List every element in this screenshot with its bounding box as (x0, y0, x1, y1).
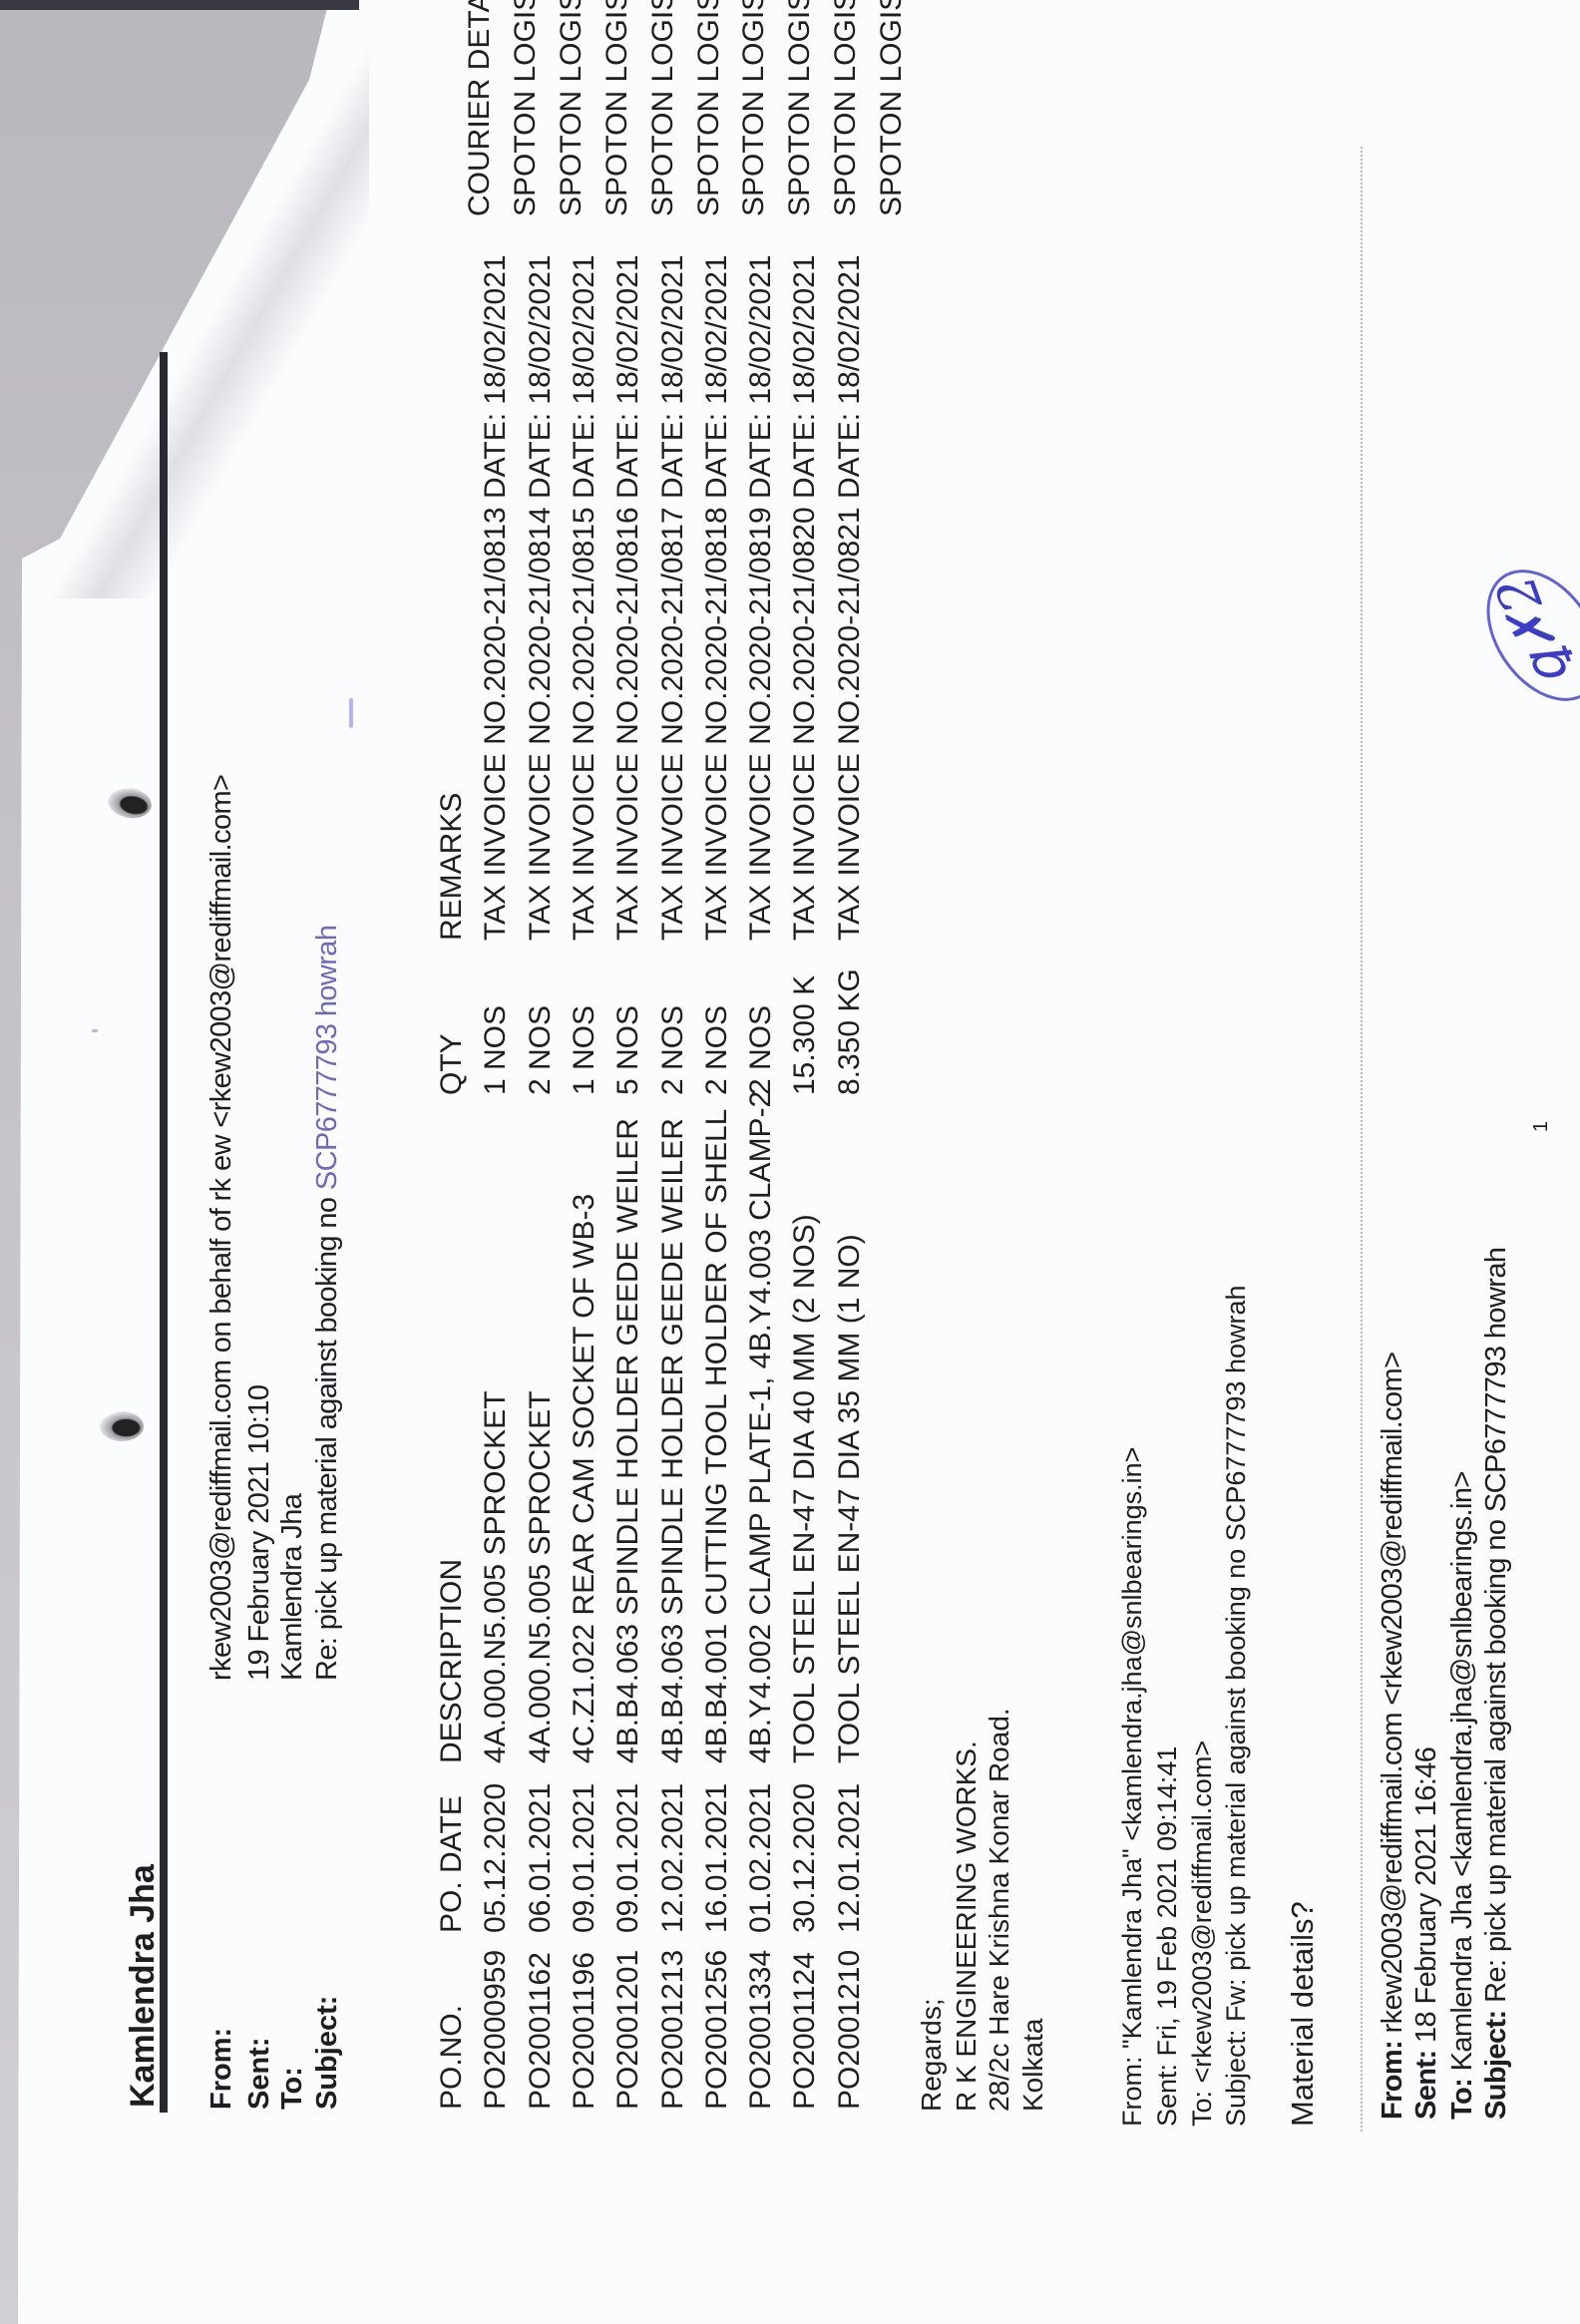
table-cell-po-date: 05.12.2020 (481, 1783, 511, 1933)
column-header-remarks: REMARKS (437, 793, 467, 941)
title-rule (160, 352, 168, 2113)
table-cell-courier: SPOTON LOGIS (602, 0, 632, 216)
prev-from: From: rkew2003@rediffmail.com <rkew2003@… (1379, 1353, 1407, 2120)
column-header-po-number: PO.NO. (437, 2005, 467, 2110)
fwd-body: Material details? (1287, 1901, 1318, 2127)
table-cell-qty: 1 NOS (570, 1005, 599, 1095)
fwd-to: To: <rkew2003@rediffmail.com> (1189, 1741, 1216, 2127)
table-cell-po-number: PO2001210 (835, 1950, 865, 2110)
table-cell-po-date: 01.02.2021 (746, 1783, 776, 1933)
sent-value: 19 February 2021 10:10 (245, 1385, 274, 1681)
fwd-from: From: "Kamlendra Jha" <kamlendra.jha@snl… (1119, 1447, 1146, 2127)
table-cell-po-date: 12.02.2021 (658, 1783, 688, 1933)
table-cell-qty: 1 NOS (481, 1005, 511, 1095)
table-cell-remarks: TAX INVOICE NO.2020-21/0814 DATE: 18/02/… (526, 254, 556, 941)
table-cell-description: 4A.000.N5.005 SPROCKET (526, 1390, 556, 1763)
table-cell-qty: 2 NOS (746, 1005, 776, 1095)
booking-number: SCP6777793 howrah (311, 926, 343, 1191)
table-cell-po-date: 06.01.2021 (526, 1783, 556, 1933)
table-cell-qty: 2 NOS (526, 1005, 556, 1095)
message-separator (1361, 147, 1363, 2131)
table-cell-remarks: TAX INVOICE NO.2020-21/0815 DATE: 18/02/… (570, 254, 599, 941)
fwd-subject: Subject: Fw: pick up material against bo… (1223, 1286, 1250, 2128)
from-value: rkew2003@rediffmail.com on behalf of rk … (207, 775, 236, 1681)
regards-line: Kolkata (1019, 2019, 1047, 2112)
table-cell-remarks: TAX INVOICE NO.2020-21/0820 DATE: 18/02/… (790, 254, 820, 941)
table-cell-po-number: PO2000959 (481, 1950, 511, 2110)
table-cell-description: 4A.000.N5.005 SPROCKET (481, 1390, 511, 1763)
page-number: 1 (1531, 1121, 1551, 1132)
table-cell-remarks: TAX INVOICE NO.2020-21/0819 DATE: 18/02/… (746, 254, 776, 941)
from-label: From: (207, 2028, 236, 2110)
column-header-courier: COURIER DETA (465, 0, 495, 216)
prev-sent: Sent: 18 February 2021 16:46 (1412, 1747, 1441, 2120)
table-cell-po-number: PO2001334 (746, 1950, 776, 2110)
subject-value: Re: pick up material against booking no … (313, 926, 342, 1681)
table-cell-qty: 2 NOS (702, 1005, 732, 1095)
table-cell-courier: SPOTON LOGIS (511, 0, 541, 216)
table-cell-po-date: 09.01.2021 (613, 1783, 643, 1933)
regards-line: 28/2c Hare Krishna Konar Road. (986, 1708, 1013, 2112)
prev-from-label: From: (1377, 2041, 1408, 2120)
table-cell-remarks: TAX INVOICE NO.2020-21/0816 DATE: 18/02/… (613, 254, 643, 941)
table-cell-remarks: TAX INVOICE NO.2020-21/0821 DATE: 18/02/… (835, 254, 865, 941)
table-cell-description: TOOL STEEL EN-47 DIA 35 MM (1 NO) (835, 1234, 865, 1763)
regards-line: R K ENGINEERING WORKS. (953, 1741, 981, 2112)
table-cell-po-date: 30.12.2020 (790, 1783, 820, 1933)
table-cell-po-number: PO2001162 (526, 1952, 556, 2110)
regards-line: Regards; (918, 1998, 946, 2112)
prev-from-value: rkew2003@rediffmail.com <rkew2003@rediff… (1377, 1353, 1408, 2041)
table-cell-po-date: 16.01.2021 (702, 1783, 732, 1933)
prev-subject: Subject: Re: pick up material against bo… (1482, 1248, 1511, 2120)
table-cell-courier: SPOTON LOGIS (694, 0, 724, 216)
table-cell-po-number: PO2001201 (613, 1950, 643, 2110)
table-cell-description: TOOL STEEL EN-47 DIA 40 MM (2 NOS) (790, 1214, 820, 1763)
prev-subject-value: Re: pick up material against booking no … (1480, 1248, 1512, 2011)
table-cell-po-number: PO2001124 (790, 1952, 820, 2110)
column-header-po-date: PO. DATE (437, 1795, 467, 1933)
to-label: To: (278, 2067, 307, 2110)
table-cell-courier: SPOTON LOGIS (785, 0, 815, 216)
table-cell-qty: 15.300 K (790, 975, 820, 1095)
table-cell-description: 4B.B4.063 SPINDLE HOLDER GEEDE WEILER (613, 1118, 643, 1763)
fwd-sent: Sent: Fri, 19 Feb 2021 09:14:41 (1154, 1746, 1181, 2127)
prev-sent-value: 18 February 2021 16:46 (1410, 1747, 1442, 2051)
table-cell-courier: SPOTON LOGIS (739, 0, 769, 216)
table-cell-courier: SPOTON LOGIS (648, 0, 678, 216)
prev-to-value: Kamlendra Jha <kamlendra.jha@snlbearings… (1446, 1471, 1478, 2079)
table-cell-qty: 8.350 KG (835, 968, 865, 1095)
prev-to: To: Kamlendra Jha <kamlendra.jha@snlbear… (1448, 1471, 1477, 2120)
prev-to-label: To: (1446, 2079, 1478, 2120)
table-cell-po-number: PO2001213 (658, 1950, 688, 2110)
table-cell-description: 4B.B4.001 CUTTING TOOL HOLDER OF SHELL (702, 1109, 732, 1763)
table-cell-po-date: 09.01.2021 (570, 1783, 599, 1933)
table-cell-description: 4C.Z1.022 REAR CAM SOCKET OF WB-3 (570, 1194, 599, 1763)
table-cell-courier: SPOTON LOGIS (877, 0, 907, 216)
table-cell-description: 4B.B4.063 SPINDLE HOLDER GEEDE WEILER (658, 1118, 688, 1763)
table-cell-remarks: TAX INVOICE NO.2020-21/0813 DATE: 18/02/… (481, 254, 511, 941)
subject-text: Re: pick up material against booking no (311, 1190, 343, 1681)
sent-label: Sent: (245, 2038, 274, 2111)
table-cell-remarks: TAX INVOICE NO.2020-21/0817 DATE: 18/02/… (658, 254, 688, 941)
table-cell-remarks: TAX INVOICE NO.2020-21/0818 DATE: 18/02/… (702, 254, 732, 941)
prev-subject-label: Subject: (1480, 2010, 1512, 2120)
table-cell-qty: 5 NOS (613, 1005, 643, 1095)
table-cell-po-number: PO2001256 (702, 1950, 732, 2110)
table-cell-po-number: PO2001196 (570, 1952, 599, 2110)
column-header-qty: QTY (437, 1033, 467, 1095)
subject-label: Subject: (313, 1996, 342, 2110)
table-cell-po-date: 12.01.2021 (835, 1783, 865, 1933)
prev-sent-label: Sent: (1410, 2050, 1442, 2120)
table-cell-description: 4B.Y4.002 CLAMP PLATE-1, 4B.Y4.003 CLAMP… (746, 1091, 776, 1763)
table-cell-qty: 2 NOS (658, 1005, 688, 1095)
table-cell-courier: SPOTON LOGIS (557, 0, 587, 216)
sender-name-title: Kamlendra Jha (126, 1864, 160, 2108)
column-header-description: DESCRIPTION (437, 1559, 467, 1763)
email-printout-page: Kamlendra Jha From: Sent: To: Subject: r… (0, 0, 1580, 2324)
table-cell-courier: SPOTON LOGIS (831, 0, 861, 216)
to-value: Kamlendra Jha (278, 1494, 307, 1681)
